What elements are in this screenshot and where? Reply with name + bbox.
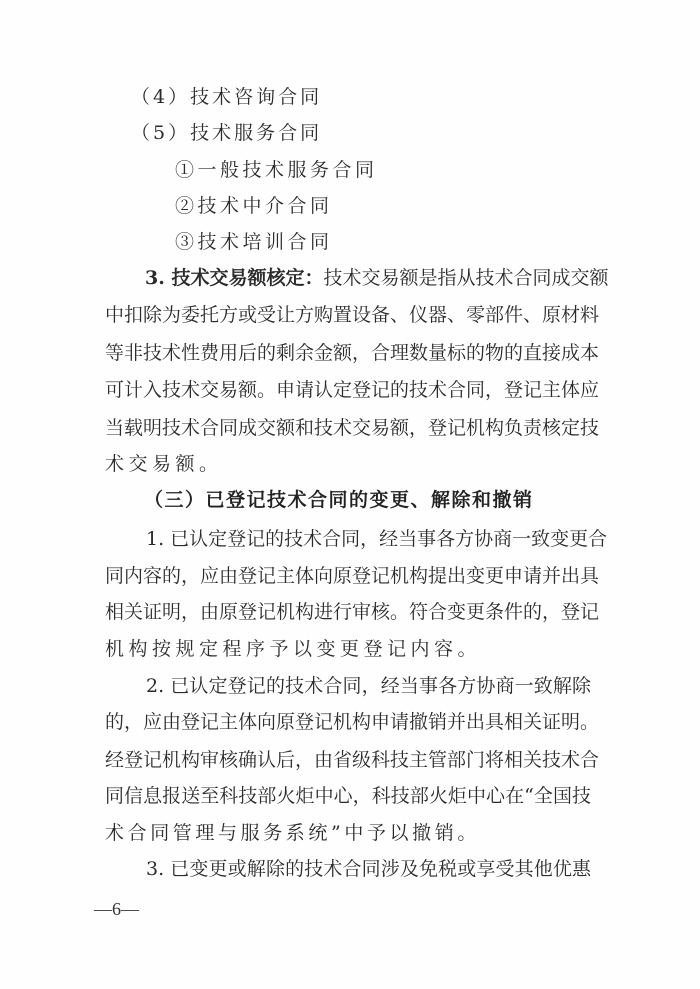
sub-item-general-service: ①一般技术服务合同: [175, 155, 378, 185]
para1-line: 相关证明，由原登记机构进行审核。符合变更条件的，登记: [105, 597, 591, 627]
section3-line: 等非技术性费用后的剩余金额，合理数量标的物的直接成本: [105, 338, 591, 368]
para1-line: 同内容的，应由登记主体向原登记机构提出变更申请并出具: [105, 561, 591, 591]
list-item-technical-consulting: （4）技术咨询合同: [131, 82, 322, 112]
sub-item-intermediary: ②技术中介合同: [175, 191, 333, 221]
para2-line: 的，应由登记主体向原登记机构申请撤销并出具相关证明。: [105, 707, 591, 737]
section-heading-3: （三）已登记技术合同的变更、解除和撤销: [144, 485, 534, 515]
sub-item-training: ③技术培训合同: [175, 227, 333, 257]
section3-line: 当载明技术合同成交额和技术交易额，登记机构负责核定技: [105, 413, 591, 443]
para3-line: 3. 已变更或解除的技术合同涉及免税或享受其他优惠: [146, 854, 591, 884]
section3-line: 中扣除为委托方或受让方购置设备、仪器、零部件、原材料: [105, 300, 591, 330]
para2-line: 术合同管理与服务系统”中予以撤销。: [105, 818, 480, 848]
section3-text: 技术交易额是指从技术合同成交额: [323, 267, 608, 289]
document-page: （4）技术咨询合同 （5）技术服务合同 ①一般技术服务合同 ②技术中介合同 ③技…: [0, 0, 700, 989]
para2-line: 2. 已认定登记的技术合同，经当事各方协商一致解除: [146, 671, 591, 701]
para2-line: 同信息报送至科技部火炬中心，科技部火炬中心在“全国技: [105, 781, 591, 811]
para1-line: 机构按规定程序予以变更登记内容。: [105, 634, 481, 664]
section3-line: 可计入技术交易额。申请认定登记的技术合同，登记主体应: [105, 375, 591, 405]
section3-line: 术交易额。: [105, 449, 223, 479]
section3-first-line: 3. 技术交易额核定：技术交易额是指从技术合同成交额: [145, 263, 591, 293]
para1-line: 1. 已认定登记的技术合同，经当事各方协商一致变更合: [146, 524, 591, 554]
list-item-technical-service: （5）技术服务合同: [131, 118, 322, 148]
para2-line: 经登记机构审核确认后，由省级科技主管部门将相关技术合: [105, 745, 591, 775]
page-number: —6—: [94, 896, 139, 922]
section3-title: 3. 技术交易额核定：: [145, 267, 323, 289]
